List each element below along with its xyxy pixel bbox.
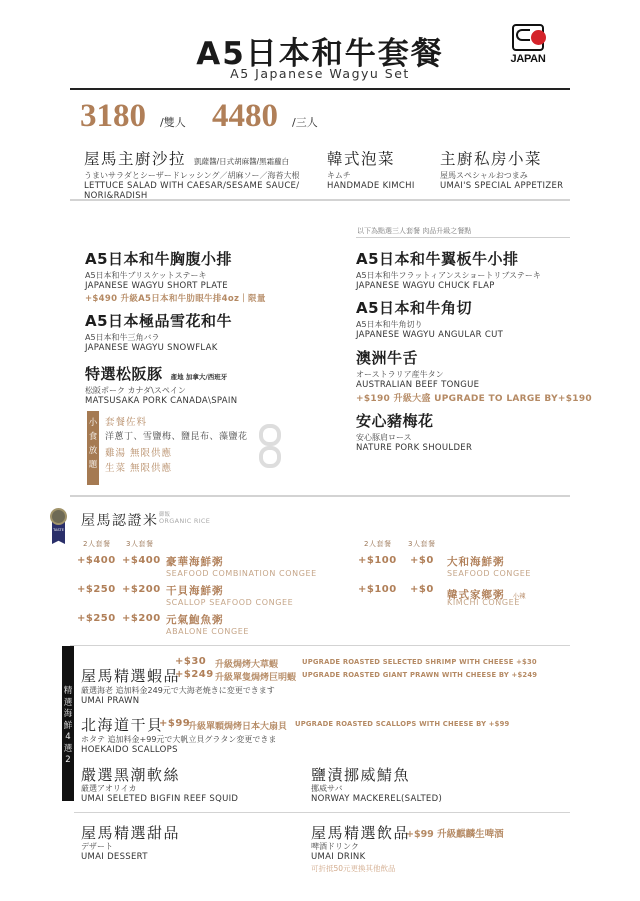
medal-disc [50,508,67,525]
tag-char: 食 [87,430,99,444]
rice-divider [70,645,570,646]
meat-angular-cut-jp: A5日本和牛角切り [356,320,503,330]
mackerel-en: NORWAY MACKEREL(SALTED) [311,794,442,804]
drink-note: 可折抵50元更換其他飲品 [311,863,396,874]
bar-char: 鮮 [62,721,74,733]
header-divider [70,88,570,90]
logo-cow-outline [516,29,530,41]
meat-snowflake: A5日本極品雪花和牛 A5日本和牛三角バラ JAPANESE WAGYU SNO… [85,310,232,353]
meat-pork-shoulder-jp: 安心豚肩ロース [356,433,472,443]
squid-jp: 厳選アオリイカ [81,784,136,794]
scallop-jp: ホタテ 追加料金+99元で大帆立貝グラタン変更できま [81,735,276,745]
congee-name: 元氣鮑魚粥 [166,612,224,627]
scallop-upgrade-en: UPGRADE ROASTED SCALLOPS WITH CHEESE BY … [295,720,509,728]
prawn-jp: 厳選海老 追加料金249元で大海老焼きに変更できます [81,686,275,696]
tag-char: 放 [87,444,99,458]
squid-en: UMAI SELETED BIGFIN REEF SQUID [81,794,238,804]
meat-matsusaka-name: 特選松阪豚 [85,365,163,383]
medal-ribbon [52,522,65,544]
meat-angular-cut: A5日本和牛角切 A5日本和牛角切り JAPANESE WAGYU ANGULA… [356,297,503,340]
dessert-jp: デザート [81,842,113,852]
col-head-3p: 3人套餐 [126,539,153,549]
congee-name: 干貝海鮮粥 [166,583,224,598]
prawn-en: UMAI PRAWN [81,696,139,706]
congee-name-en: SEAFOOD CONGEE [447,569,531,578]
prawn-upgrade-1-cn: 升級焗烤大草蝦 [215,657,278,670]
seafood-divider [74,812,570,813]
congee-price-2p: +$250 [77,613,116,624]
meat-chuck-flap: A5日本和牛翼板牛小排 A5日本和牛フラットィアンスショートリブステーキ JAP… [356,248,541,291]
congee-name: 大和海鮮粥 [447,554,505,569]
dessert-en: UMAI DESSERT [81,852,148,862]
condiments-title: 套餐佐料 [105,414,147,428]
meat-beef-tongue-name: 澳洲牛舌 [356,347,592,368]
soup-unlimited: 雞湯 無限供應 [105,445,172,459]
tag-char: 題 [87,458,99,472]
seafood-choose-2-of-4-bar: 精 選 海 鮮 4 選 2 [62,646,74,801]
watermark-shape [259,424,281,446]
meat-short-plate-en: JAPANESE WAGYU SHORT PLATE [85,281,266,291]
meat-matsusaka-origin: 產地 加拿大/西班牙 [171,373,228,381]
rice-note-en: ORGANIC RICE [159,517,210,525]
logo-red-sun [531,30,546,45]
congee-name: 豪華海鮮粥 [166,554,224,569]
dessert-name: 屋馬精選甜品 [81,822,180,843]
drink-en: UMAI DRINK [311,852,365,862]
logo-text: JAPAN [508,53,548,65]
rice-title: 屋馬認證米 [81,510,159,530]
congee-price-2p: +$250 [77,584,116,595]
condiments-list: 洋蔥丁、雪鹽梅、鹽昆布、藻鹽花 [105,429,248,442]
bar-char: 2 [62,755,74,767]
bar-char: 選 [62,744,74,756]
squid-name: 嚴選黑潮軟絲 [81,764,180,785]
congee-name-en: SCALLOP SEAFOOD CONGEE [166,598,293,607]
prawn-upgrade-1-en: UPGRADE ROASTED SELECTED SHRIMP WITH CHE… [302,658,537,666]
starter-appetizer: 主廚私房小菜 屋馬スペシャルおつまみ UMAI'S SPECIAL APPETI… [440,147,563,191]
brand-watermark-icon [255,424,285,476]
price-two-person: 3180 [80,98,146,135]
watermark-shape [259,446,281,468]
meat-short-plate-name: A5日本和牛胸腹小排 [85,248,266,269]
meat-pork-shoulder: 安心豬梅花 安心豚肩ロース NATURE PORK SHOULDER [356,410,472,453]
meat-beef-tongue: 澳洲牛舌 オーストラリア産牛タン AUSTRALIAN BEEF TONGUE … [356,347,592,404]
bar-char: 精 [62,686,74,698]
meat-chuck-flap-en: JAPANESE WAGYU CHUCK FLAP [356,281,541,291]
scallop-upgrade-cn: 升級單顆焗烤日本大扇貝 [188,719,287,732]
meat-beef-tongue-upgrade: +$190 升級大盛 UPGRADE TO LARGE BY+$190 [356,391,592,404]
meat-beef-tongue-en: AUSTRALIAN BEEF TONGUE [356,380,592,390]
meat-matsusaka-en: MATSUSAKA PORK CANADA\SPAIN [85,396,237,406]
prawn-name: 屋馬精選蝦品 [81,665,180,686]
page-subtitle: A5 Japanese Wagyu Set [0,66,640,81]
starter-appetizer-name: 主廚私房小菜 [440,147,563,169]
meat-pork-shoulder-name: 安心豬梅花 [356,410,472,431]
starter-kimchi-jp: キムチ [327,171,415,181]
congee-price-2p: +$100 [358,555,397,566]
bar-char: 海 [62,709,74,721]
col-head-2p: 2人套餐 [364,539,391,549]
congee-price-3p: +$400 [122,555,161,566]
congee-name-en: KIMCHI CONGEE [447,598,520,607]
bar-char: 4 [62,732,74,744]
three-person-divider [356,237,570,238]
starter-appetizer-en: UMAI'S SPECIAL APPETIZER [440,181,563,191]
starter-kimchi-name: 韓式泡菜 [327,147,415,169]
starter-salad-note: 凱薩醬/日式胡麻醬/黑霜蘿白 [194,157,289,166]
meat-short-plate-upgrade: +$490 升級A5日本和牛肋眼牛排4oz｜限量 [85,292,266,304]
col-head-3p: 3人套餐 [408,539,435,549]
starter-salad-jp: うまいサラダとシーザードレッシング／胡麻ソー／海苔大根 [84,171,299,181]
congee-name-en: ABALONE CONGEE [166,627,249,636]
col-head-2p: 2人套餐 [83,539,110,549]
prawn-upgrade-2-price: +$249 [175,669,214,680]
drink-jp: 啤酒ドリンク [311,842,359,852]
prawn-upgrade-2-en: UPGRADE ROASTED GIANT PRAWN WITH CHEESE … [302,671,537,679]
meat-beef-tongue-jp: オーストラリア産牛タン [356,370,592,380]
prawn-upgrade-2-cn: 升級單隻焗烤巨明蝦 [215,670,296,683]
all-you-can-eat-tag: 小 食 放 題 [87,411,99,485]
veg-unlimited: 生菜 無限供應 [105,460,172,474]
meat-snowflake-en: JAPANESE WAGYU SNOWFLAK [85,343,232,353]
three-person-note: 以下為點選三人套餐 肉品升級之餐點 [357,226,471,236]
bar-char: 選 [62,698,74,710]
beef-japan-logo-icon: JAPAN [508,24,548,68]
starters-divider [70,199,570,201]
mackerel-jp: 挪威サバ [311,784,343,794]
starter-appetizer-jp: 屋馬スペシャルおつまみ [440,171,563,181]
congee-price-3p: +$200 [122,613,161,624]
logo-frame [512,24,544,51]
meat-short-plate: A5日本和牛胸腹小排 A5日本和牛ブリスケットステーキ JAPANESE WAG… [85,248,266,304]
drink-name: 屋馬精選飲品 [311,822,410,843]
congee-name-en: SEAFOOD COMBINATION CONGEE [166,569,317,578]
medal-text: TASTE [52,528,65,532]
meat-chuck-flap-name: A5日本和牛翼板牛小排 [356,248,541,269]
meat-snowflake-jp: A5日本和牛三角バラ [85,333,232,343]
mackerel-name: 鹽漬挪威鯖魚 [311,764,410,785]
meat-matsusaka: 特選松阪豚 產地 加拿大/西班牙 松阪ポーク カナダ\スペイン MATSUSAK… [85,363,237,406]
price-unit-two-person: /雙人 [160,114,186,130]
award-medal-icon: TASTE [50,508,67,544]
tag-char: 小 [87,416,99,430]
starter-salad-en: LETTUCE SALAD WITH CAESAR/SESAME SAUCE/ [84,181,299,191]
congee-price-2p: +$400 [77,555,116,566]
meat-pork-shoulder-en: NATURE PORK SHOULDER [356,443,472,453]
starter-kimchi-en: HANDMADE KIMCHI [327,181,415,191]
meats-divider [70,495,570,497]
starter-salad: 屋馬主廚沙拉 凱薩醬/日式胡麻醬/黑霜蘿白 うまいサラダとシーザードレッシング／… [84,147,299,201]
meat-chuck-flap-jp: A5日本和牛フラットィアンスショートリブステーキ [356,271,541,281]
congee-price-3p: +$200 [122,584,161,595]
scallop-name: 北海道干貝 [81,714,164,735]
starter-kimchi: 韓式泡菜 キムチ HANDMADE KIMCHI [327,147,415,191]
price-three-person: 4480 [212,98,278,135]
meat-short-plate-jp: A5日本和牛ブリスケットステーキ [85,271,266,281]
meat-snowflake-name: A5日本極品雪花和牛 [85,310,232,331]
congee-price-3p: +$0 [410,555,434,566]
meat-angular-cut-en: JAPANESE WAGYU ANGULAR CUT [356,330,503,340]
scallop-en: HOEKAIDO SCALLOPS [81,745,178,755]
meat-matsusaka-jp: 松阪ポーク カナダ\スペイン [85,386,237,396]
starter-salad-name: 屋馬主廚沙拉 [84,150,186,168]
drink-upgrade: +$99 升級麒麟生啤酒 [406,826,504,840]
scallop-upgrade-price: +$99 [159,718,190,729]
price-unit-three-person: /三人 [292,114,318,130]
congee-price-2p: +$100 [358,584,397,595]
congee-price-3p: +$0 [410,584,434,595]
meat-angular-cut-name: A5日本和牛角切 [356,297,503,318]
